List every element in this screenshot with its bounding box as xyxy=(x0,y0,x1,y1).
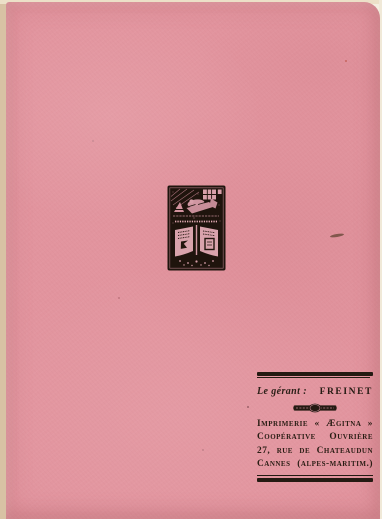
paper-speck xyxy=(92,140,94,142)
booklet-back-cover: Le gérant : FREINET Imprimerie « Ægitna … xyxy=(6,2,380,519)
gerant-name: FREINET xyxy=(320,387,373,397)
printing-press-woodcut-icon xyxy=(167,185,226,271)
gerant-line: Le gérant : FREINET xyxy=(257,386,373,397)
gerant-label: Le gérant : xyxy=(257,386,307,397)
paper-speck xyxy=(202,449,204,451)
imprint-line-cooperative: Coopérative Ouvrière xyxy=(257,431,373,444)
imprint-line-street: 27, rue de Chateaudun xyxy=(257,445,373,458)
printers-ornament-icon xyxy=(257,403,373,413)
rule-thick xyxy=(257,372,373,376)
rule-thin xyxy=(257,475,373,476)
colophon-block: Le gérant : FREINET Imprimerie « Ægitna … xyxy=(257,372,373,482)
imprint-line-city: Cannes (alpes-maritim.) xyxy=(257,458,373,471)
paper-speck xyxy=(345,60,347,62)
paper-speck xyxy=(247,406,249,408)
paper-speck xyxy=(118,297,120,299)
top-double-rule xyxy=(257,372,373,378)
imprint-address: Imprimerie « Ægitna » Coopérative Ouvriè… xyxy=(257,418,373,472)
ink-smudge-mark xyxy=(330,233,344,238)
rule-thin xyxy=(257,377,370,378)
bottom-double-rule xyxy=(257,475,373,482)
rule-thick xyxy=(257,478,373,482)
imprint-line-printer: Imprimerie « Ægitna » xyxy=(257,418,373,431)
woodcut-stamp-image xyxy=(167,185,226,271)
